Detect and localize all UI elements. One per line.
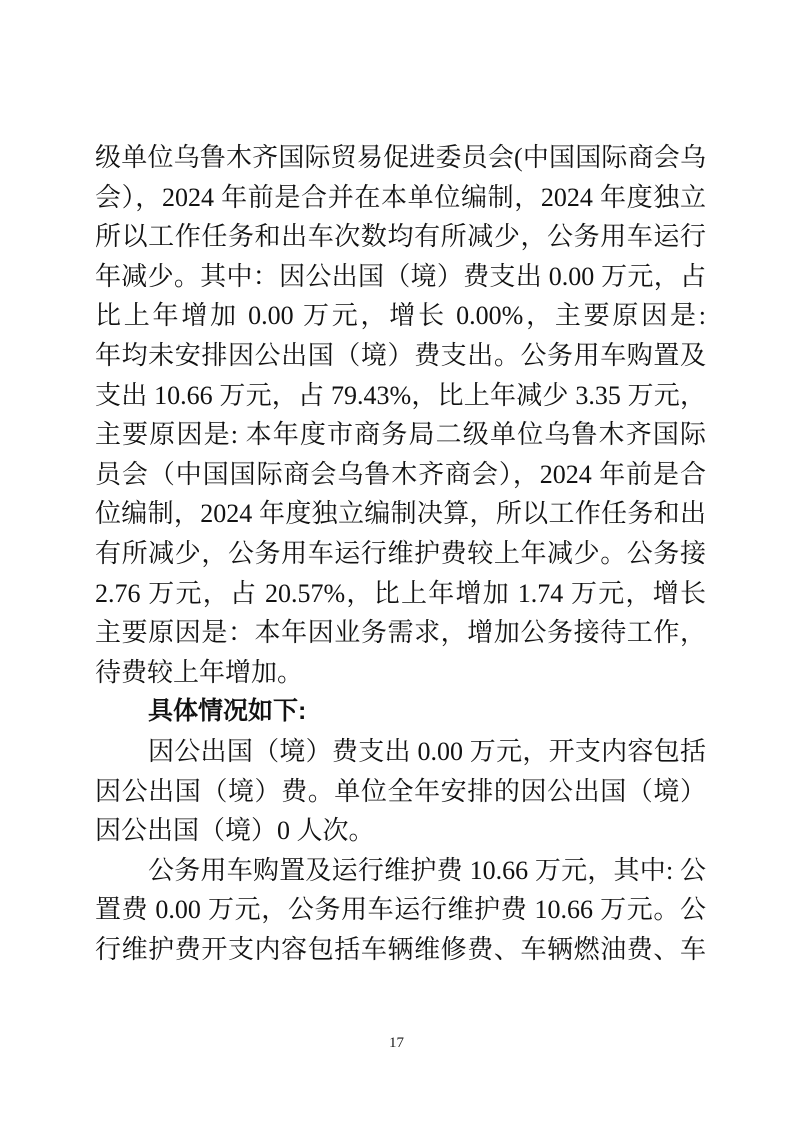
text-line: 级单位乌鲁木齐国际贸易促进委员会(中国国际商会乌鲁木齐商 [95,138,706,178]
text-line: 会），2024 年前是合并在本单位编制，2024 年度独立编制决算， [95,178,706,218]
text-line: 待费较上年增加。 [95,653,706,693]
text-line: 所以工作任务和出车次数均有所减少，公务用车运行维护费较上 [95,217,706,257]
text-line: 员会（中国国际商会乌鲁木齐商会），2024 年前是合并在本单 [95,455,706,495]
text-line: 主要原因是: 本年度市商务局二级单位乌鲁木齐国际贸易促进委 [95,415,706,455]
document-page: 级单位乌鲁木齐国际贸易促进委员会(中国国际商会乌鲁木齐商 会），2024 年前是… [0,0,793,1122]
page-number: 17 [0,1034,793,1052]
text-line: 位编制，2024 年度独立编制决算，所以工作任务和出车次数均 [95,494,706,534]
text-line: 因公出国（境）费支出 0.00 万元，开支内容包括本单位无 [95,732,706,772]
text-line: 因公出国（境）0 人次。 [95,811,706,851]
text-line: 比上年增加 0.00 万元，增长 0.00%，主要原因是: 2023 年与 20… [95,296,706,336]
document-body: 级单位乌鲁木齐国际贸易促进委员会(中国国际商会乌鲁木齐商 会），2024 年前是… [95,138,706,969]
text-line: 2.76 万元，占 20.57%，比上年增加 1.74 万元，增长 170.59… [95,574,706,614]
text-line: 行维护费开支内容包括车辆维修费、车辆燃油费、车辆保险费。 [95,930,706,970]
text-line: 年减少。其中：因公出国（境）费支出 0.00 万元，占 0.00%， [95,257,706,297]
text-line: 公务用车购置及运行维护费 10.66 万元，其中: 公务用车购 [95,851,706,891]
text-line: 置费 0.00 万元，公务用车运行维护费 10.66 万元。公务用车运 [95,890,706,930]
text-line: 有所减少，公务用车运行维护费较上年减少。公务接待费支出 [95,534,706,574]
text-line: 支出 10.66 万元，占 79.43%，比上年减少 3.35 万元，下降 23… [95,376,706,416]
section-heading: 具体情况如下: [95,692,706,732]
text-line: 因公出国（境）费。单位全年安排的因公出国（境）团组 0 个， [95,772,706,812]
text-line: 年均未安排因公出国（境）费支出。公务用车购置及运行维护费 [95,336,706,376]
text-line: 主要原因是：本年因业务需求，增加公务接待工作，导致公务接 [95,613,706,653]
